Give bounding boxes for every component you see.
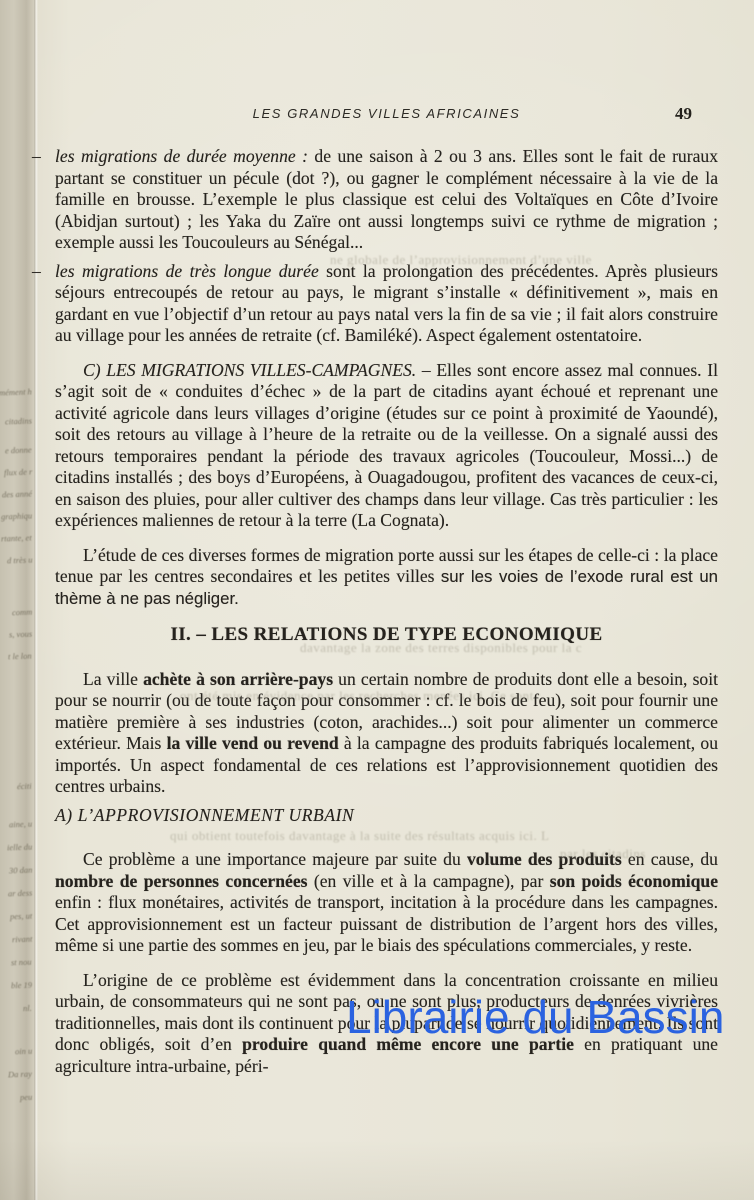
text-segment: (en ville et à la campagne), par bbox=[307, 871, 549, 891]
paragraph-migrations-villes-campagnes: C) LES MIGRATIONS VILLES-CAMPAGNES. – El… bbox=[55, 360, 718, 532]
page-body: –les migrations de durée moyenne : de un… bbox=[55, 146, 718, 1077]
edge-text-fragment: pes, ut bbox=[10, 912, 33, 922]
subsection-heading-approvisionnement: A) L’APPROVISIONNEMENT URBAIN bbox=[55, 805, 718, 827]
edge-text-fragment: comm bbox=[12, 608, 33, 618]
text-segment: la ville vend ou revend bbox=[167, 733, 339, 753]
facing-page-edge: mément hcitadinse donneflux de rdes anné… bbox=[0, 0, 34, 1200]
edge-text-fragment: rivant bbox=[12, 935, 33, 945]
page-number: 49 bbox=[675, 104, 692, 124]
edge-text-fragment: st nou bbox=[11, 958, 32, 968]
header-title: LES GRANDES VILLES AFRICAINES bbox=[55, 106, 718, 121]
edge-text-fragment: e donne bbox=[5, 446, 32, 456]
scanned-page-photo: mément hcitadinse donneflux de rdes anné… bbox=[0, 0, 754, 1200]
paragraph-migrations-duree-moyenne: –les migrations de durée moyenne : de un… bbox=[55, 146, 718, 254]
ghost-text-line: ne globale de l’approvisionnement d’une … bbox=[330, 252, 592, 268]
edge-text-fragment: Da ray bbox=[8, 1070, 32, 1080]
edge-text-fragment: ble 19 bbox=[11, 981, 32, 991]
ghost-text-line: davantage la zone des terres disponibles… bbox=[300, 640, 582, 656]
text-segment: achète à son arrière-pays bbox=[143, 669, 333, 689]
bullet-dash: – bbox=[32, 146, 41, 168]
edge-text-fragment: ielle du bbox=[7, 843, 33, 853]
edge-text-fragment: citadins bbox=[5, 417, 32, 427]
edge-text-fragment: peu bbox=[20, 1093, 33, 1102]
page-crease bbox=[34, 0, 38, 1200]
text-segment: son poids économique bbox=[550, 871, 718, 891]
text-segment: Ce problème a une importance majeure par… bbox=[83, 849, 467, 869]
ghost-text-line: ont été mis en évidence par les recherch… bbox=[180, 688, 542, 704]
edge-text-fragment: aine, u bbox=[9, 820, 32, 830]
text-segment: nombre de personnes concernées bbox=[55, 871, 307, 891]
edge-text-fragment: nl. bbox=[23, 1004, 32, 1013]
text-segment: C) LES MIGRATIONS VILLES-CAMPAGNES. bbox=[83, 360, 416, 380]
ghost-text-line: par les citadins bbox=[560, 846, 646, 862]
edge-text-fragment: s, vous bbox=[9, 630, 32, 640]
edge-text-fragment: graphiqu bbox=[1, 511, 32, 521]
text-segment: les migrations de très longue durée bbox=[55, 261, 319, 281]
watermark: Librairie du Bassin bbox=[346, 990, 724, 1044]
bullet-dash: – bbox=[32, 261, 41, 283]
edge-text-fragment: d très u bbox=[6, 556, 32, 566]
text-segment: A) L’APPROVISIONNEMENT URBAIN bbox=[55, 805, 354, 825]
edge-text-fragment: oin u bbox=[15, 1047, 33, 1057]
edge-text-fragment: ar dess bbox=[8, 889, 33, 899]
edge-text-fragment: 30 dan bbox=[8, 866, 32, 876]
text-segment: enfin : flux monétaires, activités de tr… bbox=[55, 892, 718, 955]
text-segment: les migrations de durée moyenne : bbox=[55, 146, 308, 166]
edge-text-fragment: flux de r bbox=[4, 468, 33, 478]
ghost-text-line: qui obtient toutefois davantage à la sui… bbox=[170, 828, 549, 844]
paragraph-etude-migrations: L’étude de ces diverses formes de migrat… bbox=[55, 545, 718, 610]
edge-text-fragment: éciti bbox=[17, 782, 32, 792]
edge-text-fragment: mément h bbox=[0, 387, 32, 397]
paragraph-probleme-importance: Ce problème a une importance majeure par… bbox=[55, 849, 718, 957]
running-header: LES GRANDES VILLES AFRICAINES 49 bbox=[55, 106, 718, 128]
text-segment: La ville bbox=[83, 669, 143, 689]
paragraph-migrations-longue-duree: –les migrations de très longue durée son… bbox=[55, 261, 718, 347]
edge-text-fragment: rtante, et bbox=[1, 533, 32, 543]
edge-text-fragment: des anné bbox=[2, 489, 32, 499]
text-segment: – Elles sont encore assez mal connues. I… bbox=[55, 360, 718, 531]
edge-text-fragment: t le lon bbox=[8, 652, 32, 662]
